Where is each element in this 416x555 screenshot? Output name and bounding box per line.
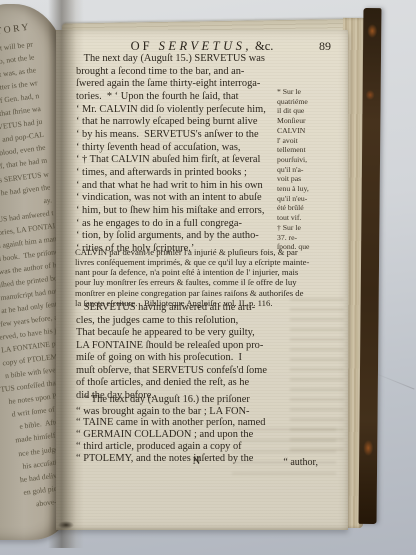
leather-wear-spot [367, 24, 377, 38]
marginal-note-french: * Sur lequatriémeil dit queMonſieurCALVI… [277, 87, 347, 252]
paragraph-resolution: SERVETUS having anſwered all the arti-cl… [76, 302, 298, 402]
running-header-prefix: OF [131, 39, 153, 53]
footnote-french: CALVIN par devant le primier l'a injurié… [75, 247, 345, 308]
paragraph-august-15: The next day (Auguſt 15.) SERVETUS wasbr… [76, 53, 290, 256]
page-number: 89 [319, 39, 331, 54]
leather-wear-spot [366, 90, 375, 100]
leather-wear-spot [363, 440, 373, 456]
running-header: OFSERVETUS,&c. [56, 39, 348, 54]
paragraph-august-16: “ The next day (Auguſt 16.) the priſoner… [76, 394, 302, 464]
gutter-dark-spot [58, 521, 74, 529]
leather-board-edge [359, 8, 382, 524]
catchword: “ author, [283, 457, 318, 468]
signature-row: N “ author, [76, 456, 318, 470]
running-header-title: SERVETUS, [159, 39, 252, 53]
running-header-suffix: &c. [255, 39, 273, 53]
book-photograph: HISTORY hat city, but will be prd? No, n… [0, 0, 416, 555]
signature-mark: N [76, 456, 318, 467]
main-page: OFSERVETUS,&c. 89 The next day (Auguſt 1… [56, 30, 348, 530]
